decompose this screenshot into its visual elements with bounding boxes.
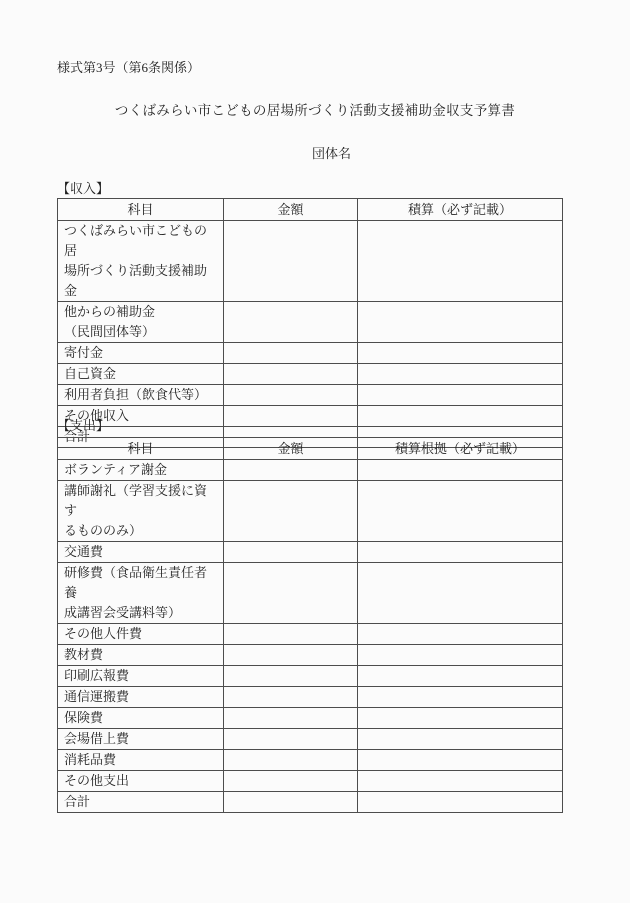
org-name-label: 団体名 [312,146,351,162]
expense-row-basis [358,771,563,792]
table-row: 通信運搬費 [58,687,563,708]
document-page: 様式第3号（第6条関係） つくばみらい市こどもの居場所づくり活動支援補助金収支予… [0,0,630,903]
expense-row-basis [358,750,563,771]
expense-row-label: 通信運搬費 [58,687,224,708]
income-row-label: つくばみらい市こどもの居 場所づくり活動支援補助金 [58,221,224,302]
expense-row-amount [224,771,358,792]
expense-row-amount [224,750,358,771]
income-row-amount [224,364,358,385]
document-title: つくばみらい市こどもの居場所づくり活動支援補助金収支予算書 [0,102,630,119]
expense-row-label: 合計 [58,792,224,813]
expense-row-basis [358,687,563,708]
income-row-basis [358,385,563,406]
expense-row-amount [224,624,358,645]
income-row-basis [358,343,563,364]
expense-row-basis [358,542,563,563]
income-row-basis [358,302,563,343]
table-row: その他人件費 [58,624,563,645]
table-row: 講師謝礼（学習支援に資す るもののみ） [58,481,563,542]
income-header-basis: 積算（必ず記載） [358,199,563,221]
table-row: 保険費 [58,708,563,729]
expense-row-amount [224,729,358,750]
expense-header-subject: 科目 [58,438,224,460]
income-row-amount [224,385,358,406]
expense-row-amount [224,687,358,708]
table-row: 研修費（食品衛生責任者養 成講習会受講料等） [58,563,563,624]
expense-header-amount: 金額 [224,438,358,460]
expense-row-label: 消耗品費 [58,750,224,771]
expense-row-label: 保険費 [58,708,224,729]
expense-row-amount [224,563,358,624]
table-row: 交通費 [58,542,563,563]
expense-row-basis [358,481,563,542]
table-row: 消耗品費 [58,750,563,771]
table-row: ボランティア謝金 [58,460,563,481]
table-row: その他支出 [58,771,563,792]
expense-row-amount [224,460,358,481]
table-row: 印刷広報費 [58,666,563,687]
income-row-amount [224,302,358,343]
expense-row-label: 研修費（食品衛生責任者養 成講習会受講料等） [58,563,224,624]
table-row: 自己資金 [58,364,563,385]
income-section-label: 【収入】 [57,181,109,196]
form-number: 様式第3号（第6条関係） [57,60,200,76]
expense-row-basis [358,666,563,687]
income-row-basis [358,221,563,302]
table-row: つくばみらい市こどもの居 場所づくり活動支援補助金 [58,221,563,302]
table-row: 利用者負担（飲食代等） [58,385,563,406]
expense-row-basis [358,624,563,645]
expense-header-row: 科目 金額 積算根拠（必ず記載） [58,438,563,460]
table-row: その他収入 [58,406,563,427]
income-header-amount: 金額 [224,199,358,221]
income-row-amount [224,406,358,427]
expense-row-label: その他人件費 [58,624,224,645]
income-row-amount [224,343,358,364]
expense-row-amount [224,645,358,666]
table-row: 他からの補助金 （民間団体等） [58,302,563,343]
table-row: 会場借上費 [58,729,563,750]
table-row: 教材費 [58,645,563,666]
expense-row-label: 交通費 [58,542,224,563]
expense-section-label: 【支出】 [57,418,109,433]
expense-row-amount [224,542,358,563]
expense-row-basis [358,563,563,624]
expense-row-label: 印刷広報費 [58,666,224,687]
income-row-label: 自己資金 [58,364,224,385]
expense-row-basis [358,645,563,666]
expense-row-label: ボランティア謝金 [58,460,224,481]
income-row-basis [358,364,563,385]
expense-row-label: その他支出 [58,771,224,792]
expense-row-label: 教材費 [58,645,224,666]
income-row-basis [358,406,563,427]
table-row: 合計 [58,792,563,813]
expense-row-amount [224,708,358,729]
expense-table: 科目 金額 積算根拠（必ず記載） ボランティア謝金 講師謝礼（学習支援に資す る… [57,437,563,813]
expense-row-basis [358,460,563,481]
income-header-row: 科目 金額 積算（必ず記載） [58,199,563,221]
income-row-label: 他からの補助金 （民間団体等） [58,302,224,343]
table-row: 寄付金 [58,343,563,364]
expense-row-label: 会場借上費 [58,729,224,750]
income-header-subject: 科目 [58,199,224,221]
expense-row-amount [224,792,358,813]
income-table: 科目 金額 積算（必ず記載） つくばみらい市こどもの居 場所づくり活動支援補助金… [57,198,563,448]
income-row-label: 寄付金 [58,343,224,364]
expense-row-basis [358,708,563,729]
expense-header-basis: 積算根拠（必ず記載） [358,438,563,460]
income-row-label: 利用者負担（飲食代等） [58,385,224,406]
expense-row-amount [224,481,358,542]
expense-row-basis [358,729,563,750]
expense-row-amount [224,666,358,687]
expense-row-basis [358,792,563,813]
expense-row-label: 講師謝礼（学習支援に資す るもののみ） [58,481,224,542]
income-row-amount [224,221,358,302]
